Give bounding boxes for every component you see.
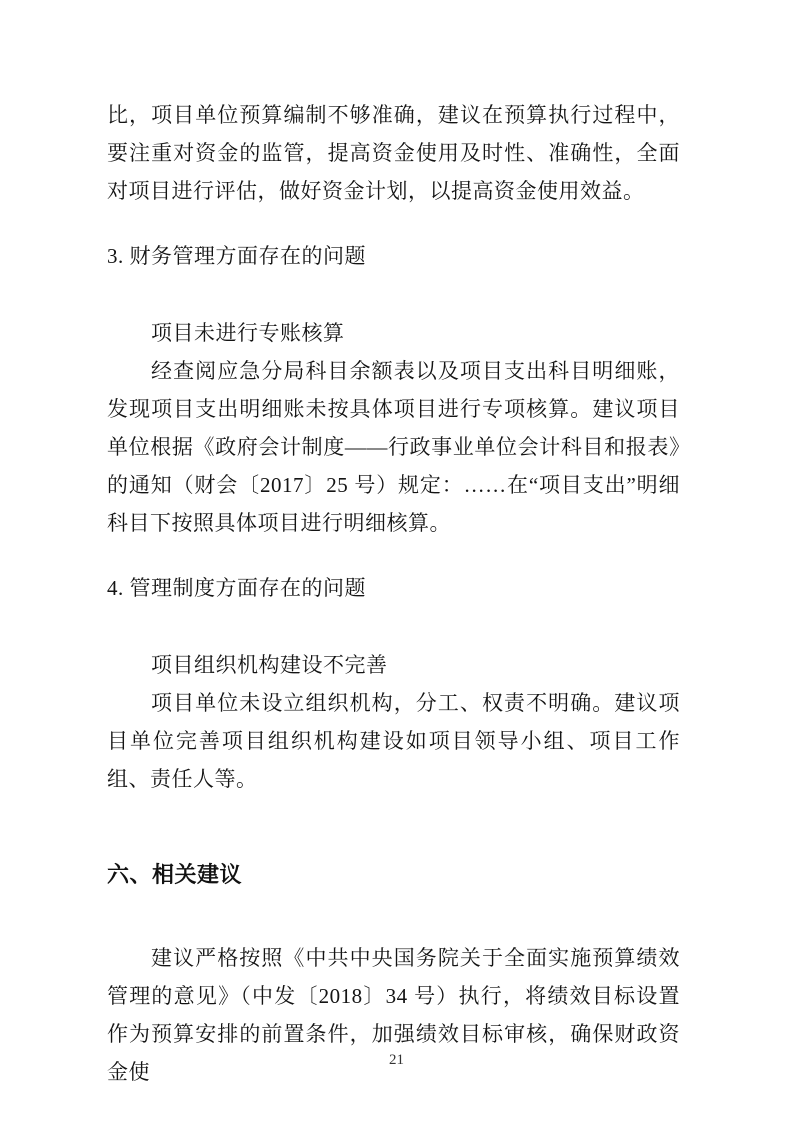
page-number: 21 — [0, 1051, 793, 1069]
document-page: 比，项目单位预算编制不够准确，建议在预算执行过程中，要注重对资金的监管，提高资金… — [0, 0, 793, 1122]
section4-paragraph: 项目单位未设立组织机构，分工、权责不明确。建议项目单位完善项目组织机构建设如项目… — [107, 684, 680, 798]
section3-heading: 3. 财务管理方面存在的问题 — [107, 237, 680, 275]
section3-subheading: 项目未进行专账核算 — [107, 314, 680, 352]
section4-subheading: 项目组织机构建设不完善 — [107, 646, 680, 684]
section3-paragraph: 经查阅应急分局科目余额表以及项目支出科目明细账，发现项目支出明细账未按具体项目进… — [107, 352, 680, 542]
intro-paragraph: 比，项目单位预算编制不够准确，建议在预算执行过程中，要注重对资金的监管，提高资金… — [107, 96, 680, 210]
section4-heading: 4. 管理制度方面存在的问题 — [107, 569, 680, 607]
section6-heading: 六、相关建议 — [107, 856, 680, 894]
